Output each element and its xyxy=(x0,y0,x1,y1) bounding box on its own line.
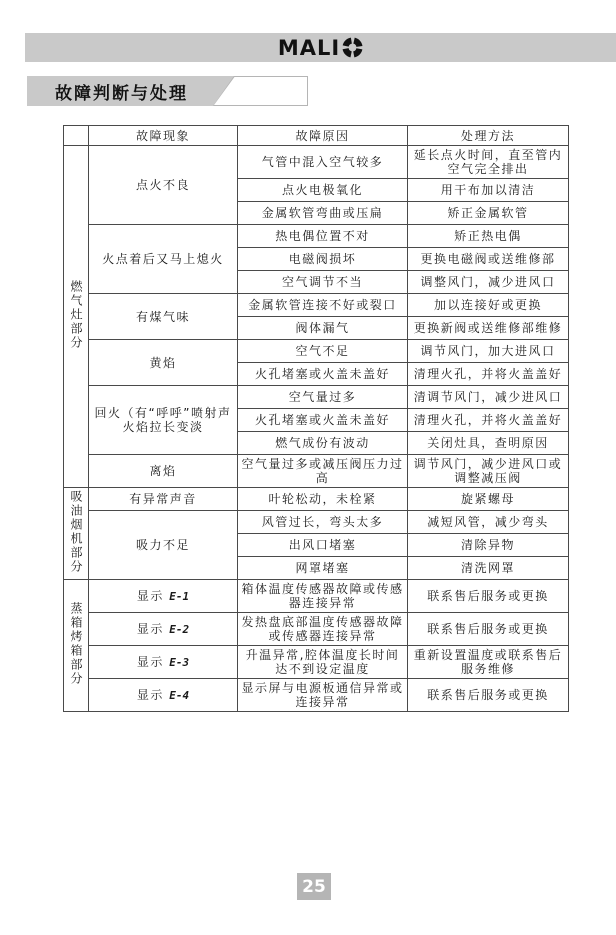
cause-cell: 箱体温度传感器故障或传感器连接异常 xyxy=(238,580,408,613)
phenomenon-cell: 显示 E-2 xyxy=(89,613,238,646)
phenomenon-cell: 显示 E-1 xyxy=(89,580,238,613)
solution-cell: 更换新阀或送维修部维修 xyxy=(408,317,569,340)
cause-cell: 空气量过多或减压阀压力过高 xyxy=(238,455,408,488)
group-label-cell: 燃气灶部分 xyxy=(64,146,89,488)
manual-page: { "brand": { "logo_text": "MALI" }, "pag… xyxy=(0,0,616,935)
solution-cell: 清洗网罩 xyxy=(408,557,569,580)
table-row: 显示 E-4显示屏与电源板通信异常或连接异常联系售后服务或更换 xyxy=(64,679,569,712)
solution-cell: 联系售后服务或更换 xyxy=(408,679,569,712)
group-label-cell: 蒸箱烤箱部分 xyxy=(64,580,89,712)
phenomenon-cell: 黄焰 xyxy=(89,340,238,386)
cause-cell: 显示屏与电源板通信异常或连接异常 xyxy=(238,679,408,712)
cause-cell: 发热盘底部温度传感器故障或传感器连接异常 xyxy=(238,613,408,646)
solution-cell: 加以连接好或更换 xyxy=(408,294,569,317)
phenomenon-cell: 显示 E-4 xyxy=(89,679,238,712)
table-row: 有煤气味金属软管连接不好或裂口加以连接好或更换 xyxy=(64,294,569,317)
solution-cell: 更换电磁阀或送维修部 xyxy=(408,248,569,271)
cause-cell: 升温异常,腔体温度长时间达不到设定温度 xyxy=(238,646,408,679)
page-number: 25 xyxy=(297,873,331,900)
cause-cell: 空气调节不当 xyxy=(238,271,408,294)
table-header-row: 故障现象 故障原因 处理方法 xyxy=(64,126,569,146)
cause-cell: 火孔堵塞或火盖未盖好 xyxy=(238,363,408,386)
phenomenon-cell: 吸力不足 xyxy=(89,511,238,580)
error-code: E-3 xyxy=(169,656,189,669)
table-row: 燃气灶部分点火不良气管中混入空气较多延长点火时间，直至管内空气完全排出 xyxy=(64,146,569,179)
table-row: 火点着后又马上熄火热电偶位置不对矫正热电偶 xyxy=(64,225,569,248)
cause-cell: 火孔堵塞或火盖未盖好 xyxy=(238,409,408,432)
cause-cell: 燃气成份有波动 xyxy=(238,432,408,455)
solution-cell: 矫正金属软管 xyxy=(408,202,569,225)
troubleshooting-table: 故障现象 故障原因 处理方法 燃气灶部分点火不良气管中混入空气较多延长点火时间，… xyxy=(63,125,569,712)
cause-cell: 金属软管弯曲或压扁 xyxy=(238,202,408,225)
phenomenon-cell: 点火不良 xyxy=(89,146,238,225)
table-row: 离焰空气量过多或减压阀压力过高调节风门，减少进风口或调整减压阀 xyxy=(64,455,569,488)
table-row: 黄焰空气不足调节风门，加大进风口 xyxy=(64,340,569,363)
solution-cell: 旋紧螺母 xyxy=(408,488,569,511)
solution-cell: 调节风门，加大进风口 xyxy=(408,340,569,363)
solution-cell: 用干布加以清洁 xyxy=(408,179,569,202)
solution-cell: 矫正热电偶 xyxy=(408,225,569,248)
error-code: E-1 xyxy=(169,590,189,603)
solution-cell: 调节风门，减少进风口或调整减压阀 xyxy=(408,455,569,488)
table-row: 显示 E-2发热盘底部温度传感器故障或传感器连接异常联系售后服务或更换 xyxy=(64,613,569,646)
solution-cell: 延长点火时间，直至管内空气完全排出 xyxy=(408,146,569,179)
brand-logo-o-icon xyxy=(342,37,363,58)
table-row: 吸力不足风管过长，弯头太多减短风管，减少弯头 xyxy=(64,511,569,534)
section-header-slant xyxy=(213,76,308,106)
brand-logo-text: MALI xyxy=(278,36,340,60)
phenomenon-cell: 离焰 xyxy=(89,455,238,488)
solution-cell: 减短风管，减少弯头 xyxy=(408,511,569,534)
solution-cell: 清调节风门，减少进风口 xyxy=(408,386,569,409)
section-title: 故障判断与处理 xyxy=(27,79,188,104)
cause-cell: 出风口堵塞 xyxy=(238,534,408,557)
group-label-cell: 吸油烟机部分 xyxy=(64,488,89,580)
cause-cell: 叶轮松动，未栓紧 xyxy=(238,488,408,511)
cause-cell: 空气不足 xyxy=(238,340,408,363)
cause-cell: 金属软管连接不好或裂口 xyxy=(238,294,408,317)
cause-cell: 阀体漏气 xyxy=(238,317,408,340)
header-phenomenon: 故障现象 xyxy=(89,126,238,146)
phenomenon-cell: 显示 E-3 xyxy=(89,646,238,679)
solution-cell: 关闭灶具，查明原因 xyxy=(408,432,569,455)
brand-logo: MALI xyxy=(278,36,363,60)
solution-cell: 清除异物 xyxy=(408,534,569,557)
cause-cell: 电磁阀损坏 xyxy=(238,248,408,271)
section-header: 故障判断与处理 xyxy=(27,76,308,106)
cause-cell: 气管中混入空气较多 xyxy=(238,146,408,179)
error-code: E-2 xyxy=(169,623,189,636)
solution-cell: 清理火孔，并将火盖盖好 xyxy=(408,409,569,432)
solution-cell: 联系售后服务或更换 xyxy=(408,580,569,613)
table-row: 蒸箱烤箱部分显示 E-1箱体温度传感器故障或传感器连接异常联系售后服务或更换 xyxy=(64,580,569,613)
table-row: 回火（有“呼呼”喷射声火焰拉长变淡空气量过多清调节风门，减少进风口 xyxy=(64,386,569,409)
phenomenon-cell: 回火（有“呼呼”喷射声火焰拉长变淡 xyxy=(89,386,238,455)
table-row: 吸油烟机部分有异常声音叶轮松动，未栓紧旋紧螺母 xyxy=(64,488,569,511)
solution-cell: 调整风门，减少进风口 xyxy=(408,271,569,294)
cause-cell: 点火电极氧化 xyxy=(238,179,408,202)
header-solution: 处理方法 xyxy=(408,126,569,146)
error-code: E-4 xyxy=(169,689,189,702)
cause-cell: 风管过长，弯头太多 xyxy=(238,511,408,534)
cause-cell: 空气量过多 xyxy=(238,386,408,409)
solution-cell: 清理火孔，并将火盖盖好 xyxy=(408,363,569,386)
phenomenon-cell: 火点着后又马上熄火 xyxy=(89,225,238,294)
group-header-cell xyxy=(64,126,89,146)
header-cause: 故障原因 xyxy=(238,126,408,146)
cause-cell: 网罩堵塞 xyxy=(238,557,408,580)
solution-cell: 重新设置温度或联系售后服务维修 xyxy=(408,646,569,679)
table-row: 显示 E-3升温异常,腔体温度长时间达不到设定温度重新设置温度或联系售后服务维修 xyxy=(64,646,569,679)
cause-cell: 热电偶位置不对 xyxy=(238,225,408,248)
phenomenon-cell: 有异常声音 xyxy=(89,488,238,511)
phenomenon-cell: 有煤气味 xyxy=(89,294,238,340)
solution-cell: 联系售后服务或更换 xyxy=(408,613,569,646)
brand-banner: MALI xyxy=(25,33,616,62)
